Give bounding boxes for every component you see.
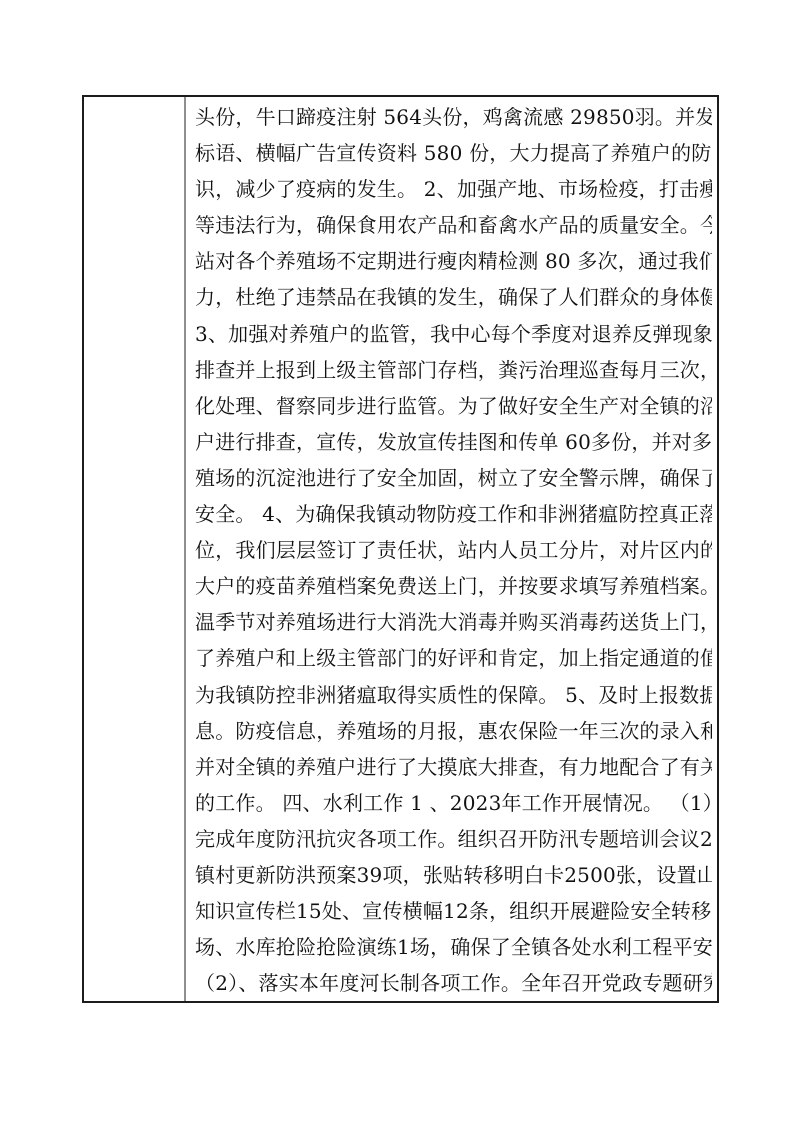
text-line: 完成年度防汛抗灾各项工作。组织召开防汛专题培训会议2次，	[195, 821, 712, 857]
text-line: 户进行排查，宣传，发放宣传挂图和传单 60多份，并对多个养	[195, 424, 712, 460]
text-line: 识，减少了疫病的发生。 2、加强产地、市场检疫，打击瘦肉精	[195, 171, 712, 207]
text-line: 并对全镇的养殖户进行了大摸底大排查，有力地配合了有关部门	[195, 749, 712, 785]
text-line: 头份，牛口蹄疫注射 564头份，鸡禽流感 29850羽。并发放宣传	[195, 99, 712, 135]
text-line: 温季节对养殖场进行大消洗大消毒并购买消毒药送货上门，得到	[195, 604, 712, 640]
text-line: 化处理、督察同步进行监管。为了做好安全生产对全镇的沼气用	[195, 388, 712, 424]
table-stub-column-cell	[84, 97, 186, 1001]
text-line: 标语、横幅广告宣传资料 580 份，大力提高了养殖户的防疫意	[195, 135, 712, 171]
text-line: 力，杜绝了违禁品在我镇的发生，确保了人们群众的身体健康。	[195, 279, 712, 315]
text-line: 殖场的沉淀池进行了安全加固，树立了安全警示牌，确保了人畜	[195, 460, 712, 496]
text-line: 位，我们层层签订了责任状，站内人员工分片，对片区内的养殖	[195, 532, 712, 568]
text-line: 大户的疫苗养殖档案免费送上门，并按要求填写养殖档案。在高	[195, 568, 712, 604]
text-line: 了养殖户和上级主管部门的好评和肯定，加上指定通道的值守，	[195, 640, 712, 676]
table-content-cell: 头份，牛口蹄疫注射 564头份，鸡禽流感 29850羽。并发放宣传 标语、横幅广…	[186, 97, 717, 1001]
text-line: 等违法行为，确保食用农产品和畜禽水产品的质量安全。今年我	[195, 207, 712, 243]
text-line: 的工作。 四、水利工作 1 、2023年工作开展情况。 （1）、	[195, 785, 712, 821]
text-line: 排查并上报到上级主管部门存档，粪污治理巡查每月三次，无害	[195, 352, 712, 388]
text-line: 安全。 4、为确保我镇动物防疫工作和非洲猪瘟防控真正落实到	[195, 496, 712, 532]
text-line: 3、加强对养殖户的监管，我中心每个季度对退养反弹现象进行	[195, 316, 712, 352]
text-line: 为我镇防控非洲猪瘟取得实质性的保障。 5、及时上报数据和信	[195, 677, 712, 713]
text-line: （2）、落实本年度河长制各项工作。全年召开党政专题研究河长	[195, 965, 712, 1001]
text-line: 知识宣传栏15处、宣传横幅12条，组织开展避险安全转移演练15	[195, 893, 712, 929]
document-page: 头份，牛口蹄疫注射 564头份，鸡禽流感 29850羽。并发放宣传 标语、横幅广…	[0, 0, 794, 1122]
text-line: 息。防疫信息，养殖场的月报，惠农保险一年三次的录入和理赔，	[195, 713, 712, 749]
text-line: 站对各个养殖场不定期进行瘦肉精检测 80 多次，通过我们的努	[195, 243, 712, 279]
text-line: 场、水库抢险抢险演练1场，确保了全镇各处水利工程平安度汛。	[195, 929, 712, 965]
report-table: 头份，牛口蹄疫注射 564头份，鸡禽流感 29850羽。并发放宣传 标语、横幅广…	[82, 95, 719, 1003]
text-line: 镇村更新防洪预案39项，张贴转移明白卡2500张，设置山洪避险	[195, 857, 712, 893]
